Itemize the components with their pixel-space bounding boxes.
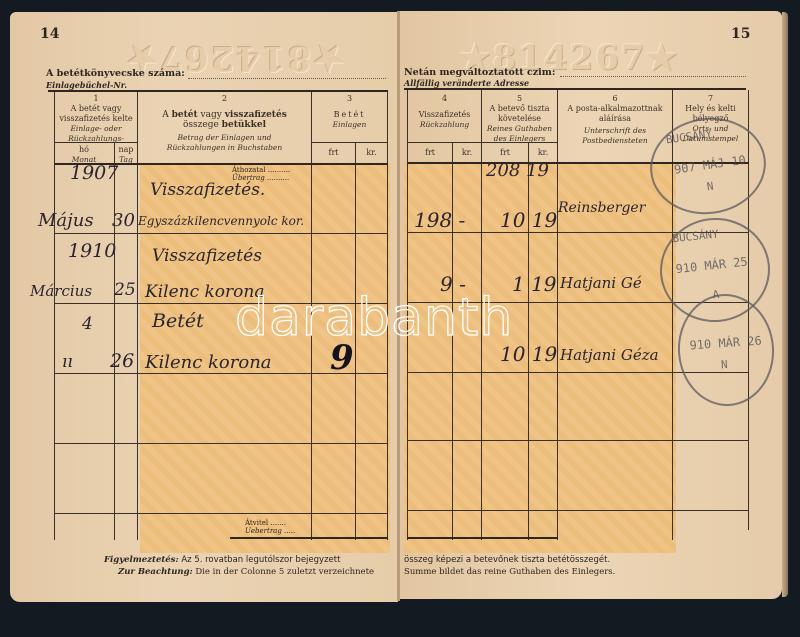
entry-month: 1907 bbox=[70, 162, 118, 184]
entry-month: Május bbox=[38, 210, 94, 231]
page-edge bbox=[782, 12, 788, 597]
balance-value: 208 19 bbox=[486, 160, 549, 181]
postal-signature: Hatjani Gé bbox=[560, 274, 642, 292]
balance-value: 10 19 bbox=[500, 208, 557, 232]
col4-header: 4 Visszafizetés Rückzahlung bbox=[408, 94, 481, 130]
col4-frt-header: frt bbox=[408, 148, 452, 158]
booklet-number-label-de: Einlagebüchel-Nr. bbox=[46, 80, 127, 90]
footnote-hu-continued: összeg képezi a betevőnek tiszta betétös… bbox=[404, 555, 610, 565]
entry-text: Kilenc korona bbox=[145, 352, 272, 373]
col5-kr-header: kr. bbox=[529, 148, 557, 158]
page-number-left: 14 bbox=[40, 26, 59, 42]
table-top-rule-left bbox=[48, 90, 388, 92]
entry-text: Betét bbox=[152, 310, 204, 332]
entry-month: Március bbox=[30, 282, 92, 300]
col6-header: 6 A posta-alkalmazottnak aláírása Unters… bbox=[560, 94, 670, 146]
entry-text: Visszafizetés bbox=[152, 246, 262, 266]
postal-signature: Hatjani Géza bbox=[560, 346, 659, 364]
footnote-de: Zur Beachtung: Die in der Colonne 5 zule… bbox=[118, 567, 374, 577]
col3-header: 3 Betét Einlagen bbox=[312, 94, 387, 130]
entry-text: Egyszázkilencvennyolc kor. bbox=[138, 214, 304, 228]
postal-signature: Reinsberger bbox=[558, 200, 645, 216]
entry-day: 25 bbox=[114, 280, 136, 300]
footnote-hu: Figyelmeztetés: Az 5. rovatban legutólsz… bbox=[104, 555, 340, 565]
balance-value: 1 19 bbox=[512, 272, 557, 296]
booklet-number-field bbox=[188, 78, 386, 79]
entry-month: 4 bbox=[82, 314, 93, 334]
col5-frt-header: frt bbox=[482, 148, 528, 158]
entry-text: Visszafizetés. bbox=[150, 180, 265, 200]
page-number-right: 15 bbox=[731, 26, 750, 42]
carry-in-label: Áthozatal .......... bbox=[232, 166, 290, 174]
booklet-number-label: A betétkönyvecske száma: bbox=[46, 68, 185, 79]
col1-header: 1 A betét vagy visszafizetés kelte Einla… bbox=[55, 94, 137, 144]
carry-out-label-de: Uebertrag ..... bbox=[245, 527, 295, 535]
entry-day: 30 bbox=[112, 210, 135, 231]
address-label: Netán megváltoztatott czim: bbox=[404, 67, 555, 78]
repayment-value: 198 - bbox=[414, 208, 465, 232]
address-label-de: Allfällig veränderte Adresse bbox=[404, 78, 529, 88]
col2-header: 2 A betét vagy visszafizetés összege bet… bbox=[139, 94, 310, 153]
table-top-rule-right bbox=[404, 88, 746, 90]
entry-month: 1910 bbox=[68, 240, 116, 262]
col4-kr-header: kr. bbox=[453, 148, 481, 158]
entry-day: 26 bbox=[110, 350, 134, 372]
entry-month: ıı bbox=[62, 352, 73, 372]
carry-out-label: Átvitel ....... bbox=[245, 519, 286, 527]
col3-frt-header: frt bbox=[312, 148, 355, 158]
col3-kr-header: kr. bbox=[356, 148, 387, 158]
address-field bbox=[560, 76, 746, 77]
col5-header: 5 A betevő tiszta követelése Reines Guth… bbox=[482, 94, 557, 144]
watermark: darabanth bbox=[235, 288, 513, 348]
footnote-de-continued: Summe bildet das reine Guthaben des Einl… bbox=[404, 567, 615, 577]
